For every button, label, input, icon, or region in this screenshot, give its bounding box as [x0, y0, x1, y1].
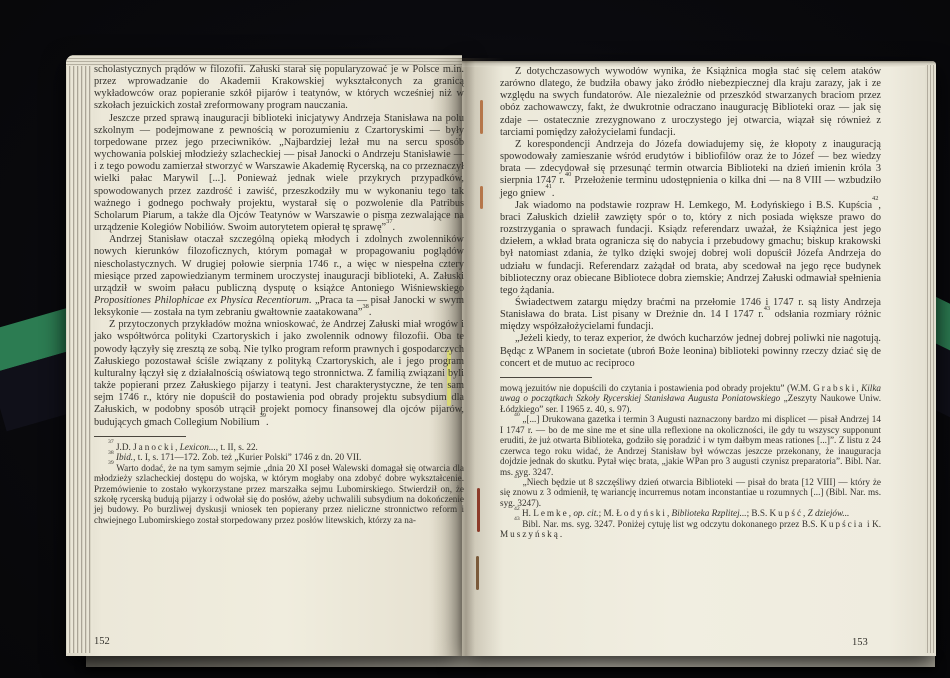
footnote: 38 Ibid., t. I, s. 171—172. Zob. też „Ku… [94, 452, 464, 462]
page-number-left: 152 [94, 636, 110, 647]
binding-stitch-red [477, 488, 480, 532]
paragraph: „Jeżeli kiedy, to teraz experior, że dwó… [500, 333, 881, 369]
binding-stitch-orange [480, 100, 483, 134]
left-page-footnotes: 37 J.D. Janocki, Lexicon..., t. II, s. 2… [94, 442, 464, 526]
book-bottom-edge [86, 655, 935, 667]
page-number-right: 153 [852, 637, 868, 648]
fore-edge-pages-right [925, 65, 936, 653]
paragraph: Z korespondencji Andrzeja do Józefa dowi… [500, 139, 881, 200]
footnote: 41 „Niech będzie ut 8 szczęśliwy dzień o… [500, 477, 881, 508]
left-page-text-column: scholastycznych prądów w filozofii. Zału… [94, 64, 464, 525]
right-page-text-column: Z dotychczasowych wywodów wynika, że Ksi… [500, 66, 881, 540]
footnote: 37 J.D. Janocki, Lexicon..., t. II, s. 2… [94, 442, 464, 452]
fore-edge-pages-left [66, 58, 93, 653]
binding-stitch-brown [476, 556, 479, 590]
footnote: 40 „[...] Drukowana gazetka i termin 3 A… [500, 414, 881, 477]
paragraph: scholastycznych prądów w filozofii. Zału… [94, 64, 464, 113]
footnote-rule-left [94, 436, 186, 437]
footnote-rule-right [500, 377, 592, 378]
open-book: scholastycznych prądów w filozofii. Zału… [0, 0, 950, 678]
right-page-body: Z dotychczasowych wywodów wynika, że Ksi… [500, 66, 881, 370]
left-page-body: scholastycznych prądów w filozofii. Zału… [94, 64, 464, 429]
right-page-footnotes: mową jezuitów nie dopuścili do czytania … [500, 383, 881, 540]
paragraph: Z dotychczasowych wywodów wynika, że Ksi… [500, 66, 881, 139]
binding-stitch-orange [480, 186, 483, 209]
footnote: mową jezuitów nie dopuścili do czytania … [500, 383, 881, 414]
paragraph: Andrzej Stanisław otaczał szczególną opi… [94, 234, 464, 319]
paragraph: Jeszcze przed sprawą inauguracji bibliot… [94, 113, 464, 235]
photo-background: { "colors": { "background": "#0a0a0e", "… [0, 0, 950, 678]
footnote: 39 Warto dodać, że na tym samym sejmie „… [94, 463, 464, 526]
paragraph: Z przytoczonych przykładów można wniosko… [94, 319, 464, 428]
footnote: 43 Bibl. Nar. ms. syg. 3247. Poniżej cyt… [500, 519, 881, 540]
paragraph: Jak wiadomo na podstawie rozpraw H. Lemk… [500, 200, 881, 297]
paragraph: Świadectwem zatargu między braćmi na prz… [500, 297, 881, 333]
footnote: 42 H. Lemke, op. cit.; M. Łodyński, Bibl… [500, 508, 881, 518]
